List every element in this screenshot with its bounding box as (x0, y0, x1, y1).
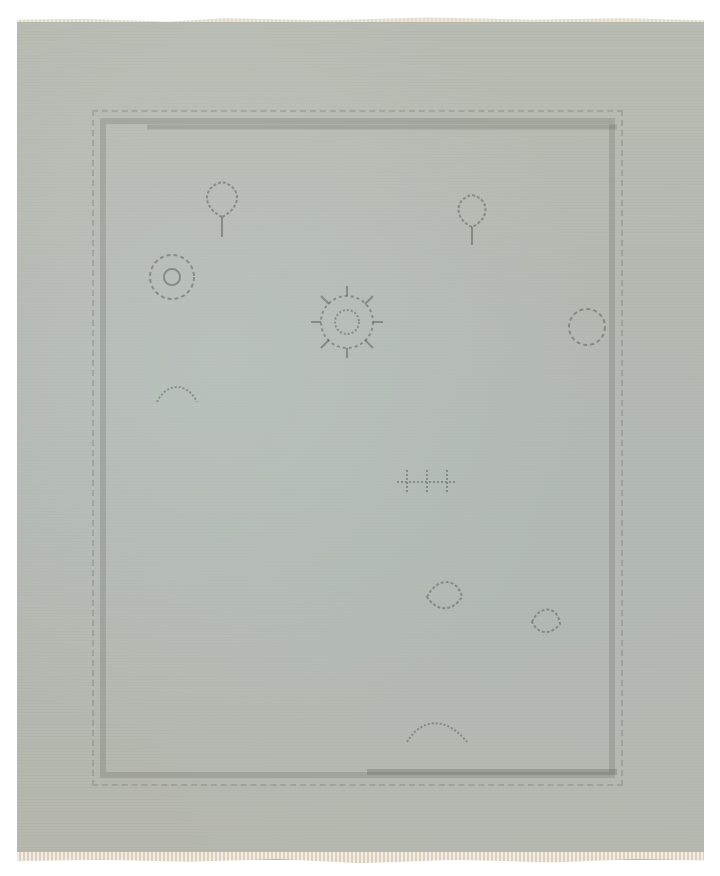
left-medallion-icon (150, 255, 194, 299)
leaf-cluster-icon (427, 582, 462, 608)
palmette-icon (459, 195, 486, 245)
leaf-cluster-icon (532, 609, 560, 632)
floral-spray-icon (157, 387, 197, 402)
bottom-fringe (17, 852, 704, 866)
palmette-icon (207, 182, 237, 237)
floral-spray-icon (407, 723, 467, 742)
right-medallion-icon (569, 309, 605, 345)
central-medallion-icon (311, 286, 383, 358)
product-photo (0, 0, 720, 876)
rug-motifs (17, 22, 704, 860)
floral-spray-icon (397, 470, 457, 494)
